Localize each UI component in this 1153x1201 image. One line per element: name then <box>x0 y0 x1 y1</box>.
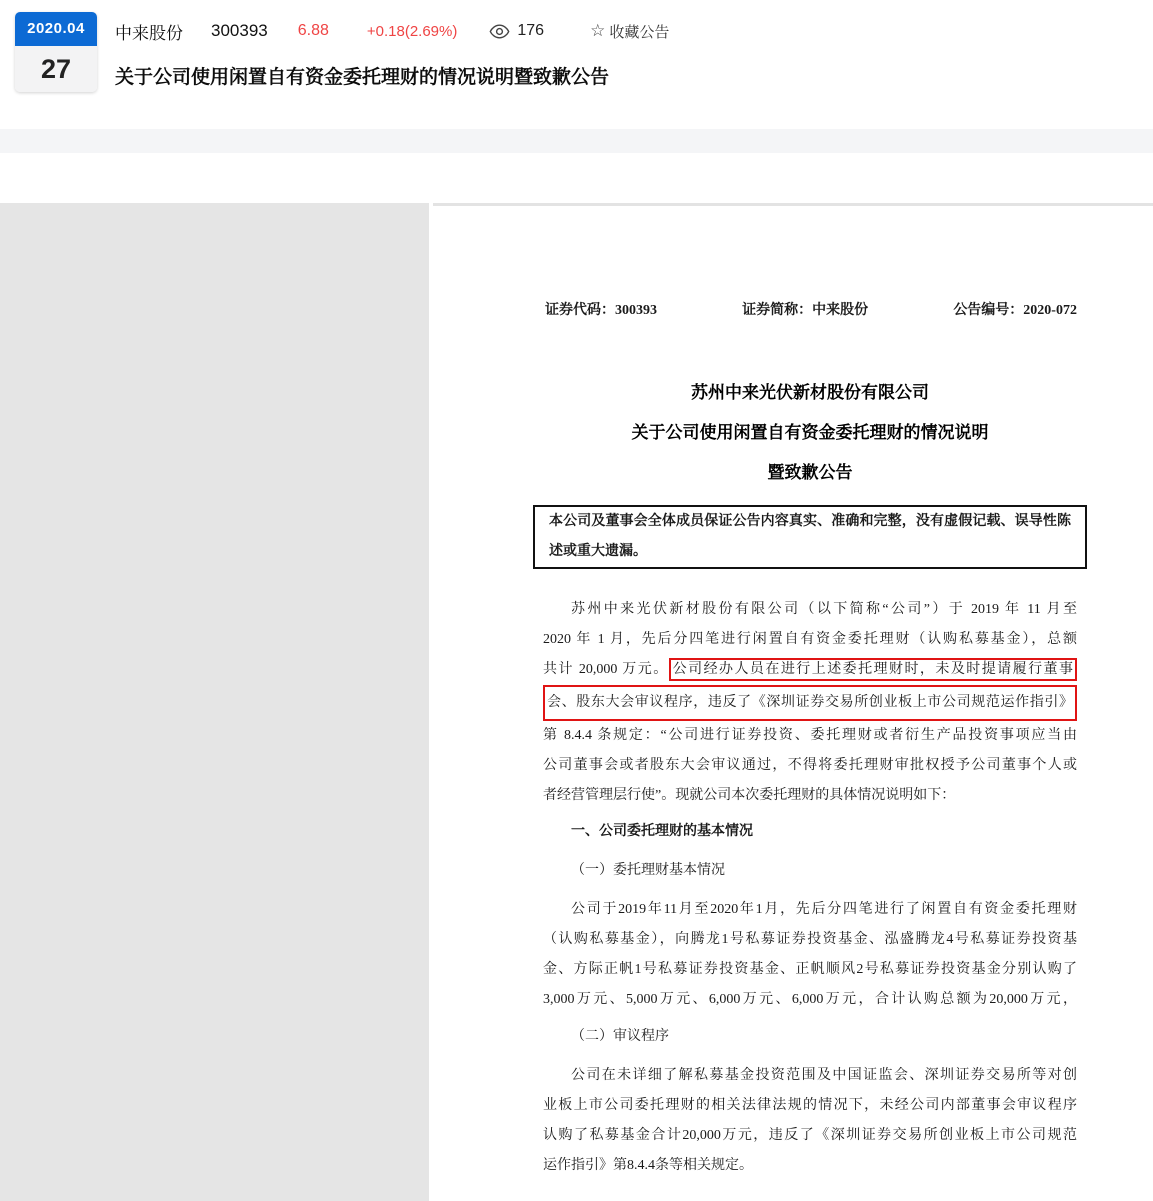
left-gray-panel <box>0 203 429 1201</box>
announcement-title: 关于公司使用闲置自有资金委托理财的情况说明暨致歉公告 <box>115 62 609 89</box>
stock-change: +0.18(2.69%) <box>367 23 457 40</box>
announcement-number: 公告编号：2020-072 <box>953 301 1077 321</box>
stock-info-row: 中来股份 300393 6.88 +0.18(2.69%) 176 ☆ 收藏公告 <box>115 17 669 45</box>
sub-heading-1: （一）委托理财基本情况 <box>543 856 1077 886</box>
view-count: 176 <box>489 22 544 40</box>
document-page: 证券代码：300393 证券简称：中来股份 公告编号：2020-072 苏州中来… <box>433 203 1153 1201</box>
favorite-button[interactable]: ☆ 收藏公告 <box>590 21 669 42</box>
document-body: 苏州中来光伏新材股份有限公司（以下简称“公司”）于 2019 年 11 月至 2… <box>543 595 1077 1181</box>
p1-line7: 者经营管理层行使”。现就公司本次委托理财的具体情况说明如下： <box>543 781 1077 811</box>
p2-line4: 3,000万元、5,000万元、6,000万元、6,000万元，合计认购总额为2… <box>543 985 1077 1015</box>
document-title-line2: 关于公司使用闲置自有资金委托理财的情况说明 <box>543 413 1077 453</box>
section-heading-1: 一、公司委托理财的基本情况 <box>543 817 1077 847</box>
date-badge-day: 27 <box>15 46 97 92</box>
app-header: 2020.04 27 中来股份 300393 6.88 +0.18(2.69%)… <box>0 0 1153 129</box>
date-badge: 2020.04 27 <box>15 12 97 92</box>
p2-line2: （认购私募基金），向腾龙1号私募证券投资基金、泓盛腾龙4号私募证券投资基 <box>543 925 1077 955</box>
star-icon: ☆ <box>590 21 605 41</box>
highlighted-text-2: 会、股东大会审议程序，违反了《深圳证券交易所创业板上市公司规范运作指引》 <box>543 685 1077 721</box>
paragraph-2: 公司于2019年11月至2020年1月，先后分四笔进行了闲置自有资金委托理财 （… <box>543 895 1077 1015</box>
p1-line3: 共计 20,000 万元。公司经办人员在进行上述委托理财时，未及时提请履行董事 <box>543 655 1077 685</box>
document-meta-row: 证券代码：300393 证券简称：中来股份 公告编号：2020-072 <box>545 301 1077 321</box>
security-code: 证券代码：300393 <box>545 301 657 321</box>
sub-heading-2: （二）审议程序 <box>543 1022 1077 1052</box>
content-area: 证券代码：300393 证券简称：中来股份 公告编号：2020-072 苏州中来… <box>0 203 1153 1201</box>
p1-line3-text: 共计 20,000 万元。 <box>543 662 669 677</box>
security-abbr: 证券简称：中来股份 <box>742 301 868 321</box>
p3-line1: 公司在未详细了解私募基金投资范围及中国证监会、深圳证券交易所等对创 <box>543 1061 1077 1091</box>
p1-line5: 第 8.4.4 条规定：“公司进行证券投资、委托理财或者衍生产品投资事项应当由 <box>543 721 1077 751</box>
date-badge-month: 2020.04 <box>15 12 97 46</box>
paragraph-3: 公司在未详细了解私募基金投资范围及中国证监会、深圳证券交易所等对创 业板上市公司… <box>543 1061 1077 1181</box>
stock-name[interactable]: 中来股份 <box>115 19 183 44</box>
document-title-line1: 苏州中来光伏新材股份有限公司 <box>543 373 1077 413</box>
p2-line1: 公司于2019年11月至2020年1月，先后分四笔进行了闲置自有资金委托理财 <box>543 895 1077 925</box>
separator-band <box>0 129 1153 153</box>
p2-line3: 金、方际正帆1号私募证券投资基金、正帆顺风2号私募证券投资基金分别认购了 <box>543 955 1077 985</box>
view-count-number: 176 <box>517 22 544 40</box>
favorite-label: 收藏公告 <box>609 21 669 42</box>
p1-line1: 苏州中来光伏新材股份有限公司（以下简称“公司”）于 2019 年 11 月至 <box>543 595 1077 625</box>
p3-line2: 业板上市公司委托理财的相关法律法规的情况下，未经公司内部董事会审议程序 <box>543 1091 1077 1121</box>
p1-line4: 会、股东大会审议程序，违反了《深圳证券交易所创业板上市公司规范运作指引》 <box>543 685 1077 721</box>
stock-code[interactable]: 300393 <box>211 21 268 41</box>
highlighted-text-1: 公司经办人员在进行上述委托理财时，未及时提请履行董事 <box>669 658 1077 681</box>
p1-line6: 公司董事会或者股东大会审议通过，不得将委托理财审批权授予公司董事个人或 <box>543 751 1077 781</box>
eye-icon <box>489 24 510 39</box>
p1-line2: 2020 年 1 月，先后分四笔进行闲置自有资金委托理财（认购私募基金），总额 <box>543 625 1077 655</box>
p3-line3: 认购了私募基金合计20,000万元，违反了《深圳证券交易所创业板上市公司规范 <box>543 1121 1077 1151</box>
document-title-block: 苏州中来光伏新材股份有限公司 关于公司使用闲置自有资金委托理财的情况说明 暨致歉… <box>543 373 1077 493</box>
stock-price: 6.88 <box>298 22 329 40</box>
p3-line4: 运作指引》第8.4.4条等相关规定。 <box>543 1151 1077 1181</box>
board-statement-box: 本公司及董事会全体成员保证公告内容真实、准确和完整，没有虚假记载、误导性陈述或重… <box>533 505 1087 569</box>
document-title-line3: 暨致歉公告 <box>543 453 1077 493</box>
